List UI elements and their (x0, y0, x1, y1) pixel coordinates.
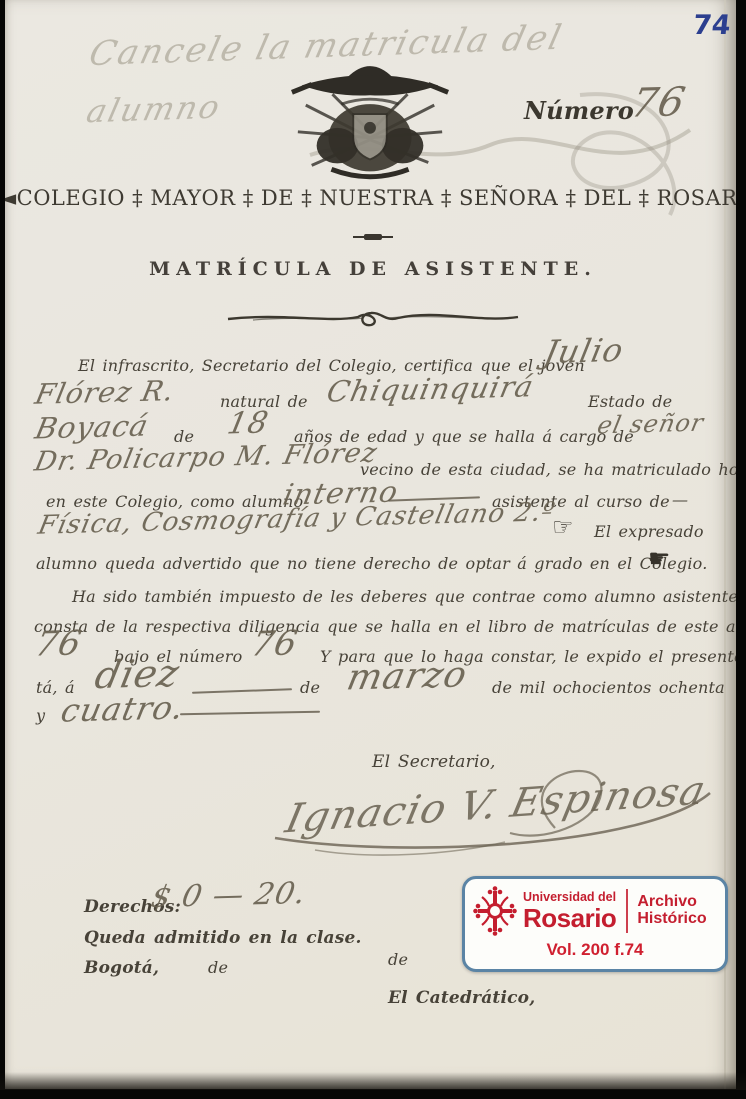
scan-edge-right (736, 0, 746, 1099)
body-l6-print: El expresado (594, 522, 704, 541)
pointing-hand-icon: ☞ (552, 513, 574, 541)
scan-edge-left (0, 0, 5, 1099)
pointing-hand-icon-filled: ☛ (648, 544, 670, 573)
small-rule-ornament (352, 233, 394, 241)
badge-dept-line2: Histórico (637, 911, 706, 928)
body-l2-hw-birthplace: Chiquinquirá (324, 369, 537, 408)
body-l8-print: Ha sido también impuesto de les deberes … (72, 587, 746, 606)
signature-flourish (255, 758, 725, 858)
derechos-value: $ 0 — 20. (148, 876, 310, 915)
body-l2-hw-surname: Flórez R. (32, 374, 177, 411)
scan-shadow-bottom (0, 1072, 746, 1090)
bogota-de1: de (208, 958, 228, 977)
body-l3-hw-guardian-intro: el señor (595, 409, 707, 440)
badge-dept-line1: Archivo (637, 894, 706, 911)
scan-edge-bottom (0, 1089, 746, 1099)
body-l3-hw-state: Boyacá (32, 409, 152, 446)
scanned-document-page: Cancele la matricula del alumno 74 Númer… (0, 0, 746, 1099)
body-l1-hw-name: Julio (541, 331, 627, 371)
flourish-divider (223, 306, 523, 330)
archive-badge: Universidad del Rosario Archivo Históric… (462, 876, 728, 972)
bogota-de2: de (388, 950, 408, 969)
catedratico-label: El Catedrático, (388, 988, 535, 1008)
badge-org-line2: Rosario (523, 905, 616, 931)
body-l3-hw-age: 18 (224, 405, 272, 441)
body-l12-print: y (36, 706, 45, 725)
body-l10-hw-number: 76 (248, 623, 302, 664)
body-l12-hw-year: cuatro. (58, 688, 188, 729)
body-l5-dash: — (672, 490, 688, 509)
pencil-note-line2: alumno (83, 88, 225, 131)
admitted-line: Queda admitido en la clase. (84, 928, 362, 948)
folio-number-ink: 74 (691, 10, 732, 41)
body-l11-print2: de (300, 678, 320, 697)
body-l2-print2: Estado de (588, 392, 672, 411)
body-l9-print: consta de la respectiva diligencia que s… (34, 617, 746, 636)
numero-value: 76 (627, 79, 690, 126)
college-title: ◄COLEGIO ‡ MAYOR ‡ DE ‡ NUESTRA ‡ SEÑORA… (0, 186, 746, 210)
badge-volume-ref: Vol. 200 f.74 (465, 940, 725, 960)
bogota-label: Bogotá, (84, 958, 159, 978)
body-l11-print3: de mil ochocientos ochenta (492, 678, 725, 697)
body-l10-hw-folio: 76 (32, 623, 86, 664)
numero-label: Número (524, 96, 634, 125)
body-l11-hw-month: marzo (343, 654, 471, 698)
body-l4-print: vecino de esta ciudad, se ha matriculado… (360, 460, 746, 479)
doc-title: MATRÍCULA DE ASISTENTE. (0, 258, 746, 280)
body-l7-print: alumno queda advertido que no tiene dere… (36, 554, 707, 573)
badge-org-line1: Universidad del (523, 891, 616, 904)
badge-divider (626, 889, 628, 933)
college-crest-emblem (286, 50, 454, 182)
universidad-rosario-logo-icon (473, 886, 517, 936)
